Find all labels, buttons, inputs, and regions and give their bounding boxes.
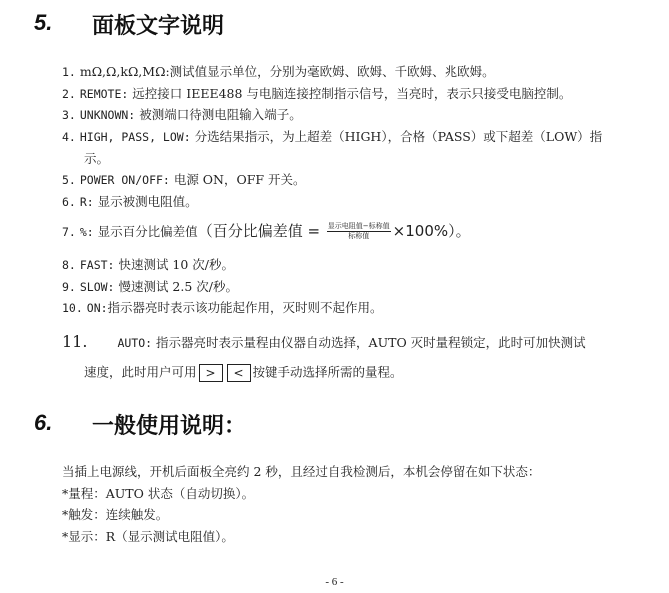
panel-item-4-cont: 示。 [84,151,109,167]
panel-item-3: 3. UNKNOWN: 被测端口待测电阻输入端子。 [62,107,302,123]
usage-item-display: *显示：R（显示测试电阻值）。 [62,529,234,545]
section-5-number: 5. [34,10,52,36]
section-5-title: 面板文字说明 [92,9,224,40]
formula-fraction: 显示电阻值−标称值标称值 [327,222,391,241]
page-number: - 6 - [0,576,669,588]
panel-item-1: 1. mΩ,Ω,kΩ,MΩ:测试值显示单位，分别为毫欧姆、欧姆、千欧姆、兆欧姆。 [62,64,495,80]
section-6-number: 6. [34,410,52,436]
panel-item-2: 2. REMOTE: 远控接口 IEEE488 与电脑连接控制指示信号，当亮时，… [62,86,571,102]
panel-item-4: 4. HIGH, PASS, LOW: 分选结果指示，为上超差（HIGH），合格… [62,129,602,145]
panel-item-11-cont: 速度，此时用户可用><按键手动选择所需的量程。 [84,364,403,382]
panel-item-8: 8. FAST: 快速测试 10 次/秒。 [62,257,234,273]
left-key-icon: < [227,364,251,382]
formula: （百分比偏差值 = 显示电阻值−标称值标称值×100%）。 [198,222,471,240]
panel-item-7: 7. %: 显示百分比偏差值（百分比偏差值 = 显示电阻值−标称值标称值×100… [62,222,471,241]
panel-item-5: 5. POWER ON/OFF: 电源 ON，OFF 开关。 [62,172,306,188]
panel-item-10: 10. ON:指示器亮时表示该功能起作用，灭时则不起作用。 [62,300,383,316]
right-key-icon: > [199,364,223,382]
section-6-title: 一般使用说明： [92,409,246,440]
usage-intro: 当插上电源线，开机后面板全亮约 2 秒，且经过自我检测后，本机会停留在如下状态： [62,464,540,480]
usage-item-range: *量程：AUTO 状态（自动切换）。 [62,486,254,502]
panel-item-11: 11.AUTO: 指示器亮时表示量程由仪器自动选择，AUTO 灭时量程锁定，此时… [62,334,586,351]
usage-item-trigger: *触发：连续触发。 [62,507,168,523]
panel-item-9: 9. SLOW: 慢速测试 2.5 次/秒。 [62,279,238,295]
panel-item-6: 6. R: 显示被测电阻值。 [62,194,198,210]
